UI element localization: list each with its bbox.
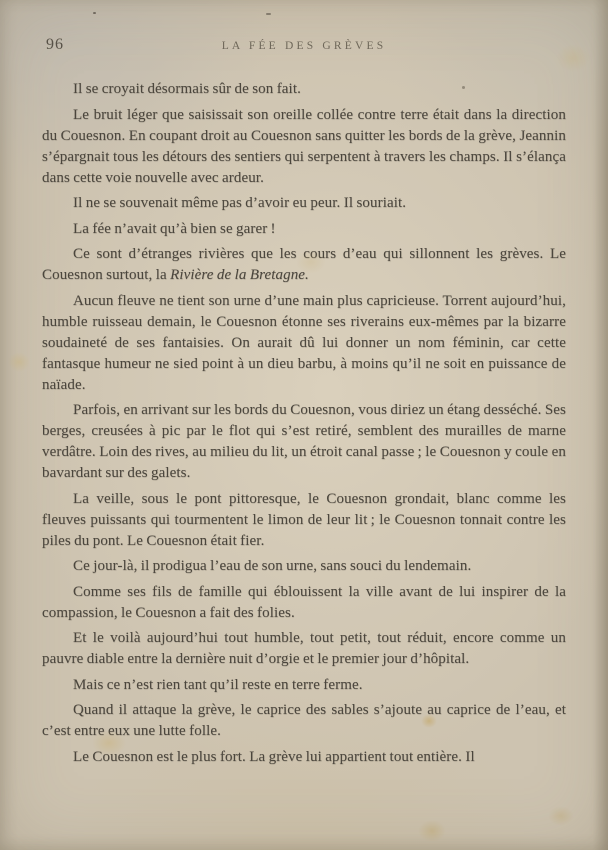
paper-stain: [418, 820, 446, 842]
text-run: Il ne se souvenait même pas d’avoir eu p…: [73, 195, 406, 211]
paper-stain: [8, 352, 30, 372]
text-run: Le bruit léger que saisissait son oreill…: [42, 107, 566, 186]
text-run: Et le voilà aujourd’hui tout humble, tou…: [42, 630, 566, 667]
running-head: 96 LA FÉE DES GRÈVES: [0, 0, 608, 60]
paragraph: Le bruit léger que saisissait son oreill…: [42, 105, 566, 189]
paragraph: Ce sont d’étranges rivières que les cour…: [42, 244, 566, 286]
paragraph: Comme ses fils de famille qui éblouissen…: [42, 582, 566, 624]
paragraph: Et le voilà aujourd’hui tout humble, tou…: [42, 628, 566, 670]
text-run: Mais ce n’est rien tant qu’il reste en t…: [73, 677, 363, 693]
text-run: Quand il attaque la grève, le caprice de…: [42, 702, 566, 739]
paragraph: Ce jour-là, il prodigua l’eau de son urn…: [42, 556, 566, 577]
text-run: Il se croyait désormais sûr de son fait.: [73, 81, 301, 97]
text-run: La veille, sous le pont pittoresque, le …: [42, 491, 566, 549]
paragraph: La veille, sous le pont pittoresque, le …: [42, 489, 566, 552]
paragraph: Parfois, en arrivant sur les bords du Co…: [42, 400, 566, 484]
paragraph: Il se croyait désormais sûr de son fait.: [42, 79, 566, 100]
text-block: Il se croyait désormais sûr de son fait.…: [42, 79, 566, 768]
paper-stain: [548, 806, 574, 826]
running-title: LA FÉE DES GRÈVES: [0, 40, 608, 52]
paragraph: Le Couesnon est le plus fort. La grève l…: [42, 747, 566, 768]
paragraph: La fée n’avait qu’à bien se garer !: [42, 219, 566, 240]
text-run: Comme ses fils de famille qui éblouissen…: [42, 584, 566, 621]
paragraph: Il ne se souvenait même pas d’avoir eu p…: [42, 193, 566, 214]
paragraph: Aucun fleuve ne tient son urne d’une mai…: [42, 291, 566, 396]
paragraph: Quand il attaque la grève, le caprice de…: [42, 700, 566, 742]
paragraph: Mais ce n’est rien tant qu’il reste en t…: [42, 675, 566, 696]
text-run: Le Couesnon est le plus fort. La grève l…: [73, 749, 475, 765]
book-page: 96 LA FÉE DES GRÈVES Il se croyait désor…: [0, 0, 608, 850]
text-run: Parfois, en arrivant sur les bords du Co…: [42, 402, 566, 481]
text-run: Aucun fleuve ne tient son urne d’une mai…: [42, 293, 566, 393]
italic-phrase: Rivière de la Bretagne.: [170, 267, 309, 283]
text-run: Ce jour-là, il prodigua l’eau de son urn…: [73, 558, 471, 574]
text-run: La fée n’avait qu’à bien se garer !: [73, 221, 276, 237]
